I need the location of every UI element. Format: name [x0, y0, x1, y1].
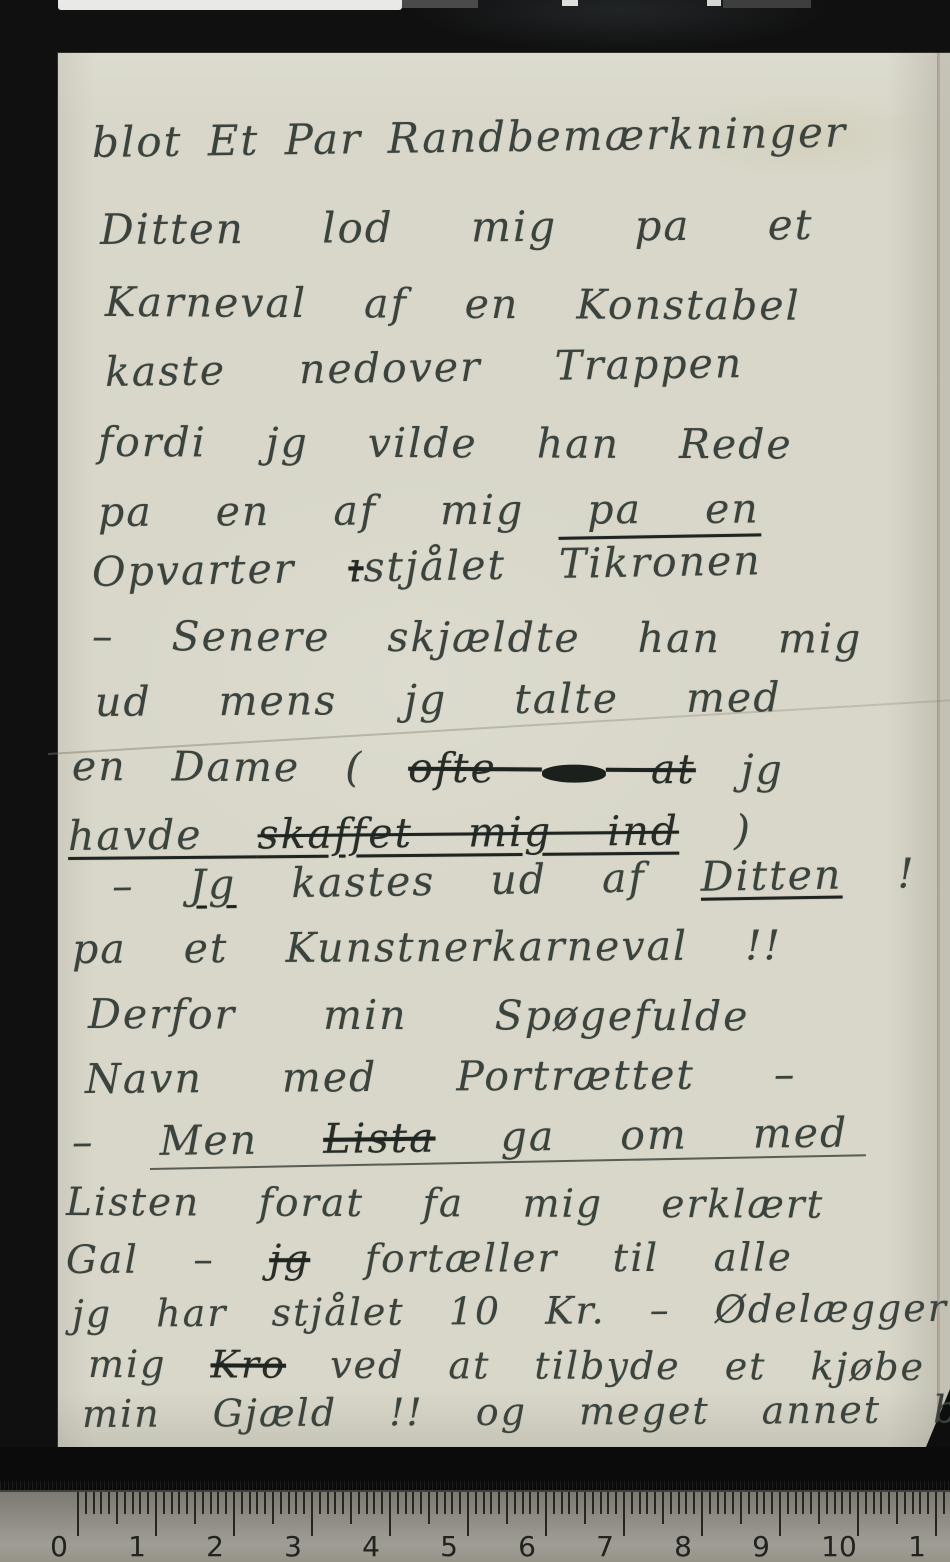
ruler-mm-tick — [584, 1492, 586, 1524]
manuscript-line-4: kaste nedover Trappen — [105, 339, 744, 396]
manuscript-segment: Kro — [211, 1342, 287, 1386]
ruler-number: 9 — [752, 1533, 770, 1561]
ruler-mm-tick — [373, 1492, 375, 1514]
ruler-mm-tick — [670, 1492, 672, 1514]
ruler-mm-tick — [537, 1492, 539, 1514]
manuscript-segment: Ditten lod mig pa et — [100, 200, 814, 254]
manuscript-segment: havde — [68, 810, 258, 860]
manuscript-segment: Tikronen — [559, 536, 762, 588]
ruler-mm-tick — [514, 1492, 516, 1514]
manuscript-segment: Navn med Portrættet – — [85, 1050, 797, 1103]
ruler-mm-tick — [249, 1492, 251, 1514]
ruler-mm-tick — [194, 1492, 196, 1524]
ruler-mm-tick — [561, 1492, 563, 1514]
manuscript-segment: ı — [348, 543, 364, 591]
ruler-mm-tick — [849, 1492, 851, 1514]
manuscript-line-6: pa en af mig pa en — [98, 485, 760, 536]
manuscript-line-8: – Senere skjældte han mig — [92, 612, 862, 663]
manuscript-segment: fortæller til alle — [310, 1235, 793, 1282]
ruler-number: 4 — [362, 1533, 380, 1561]
ruler-mm-tick — [873, 1492, 875, 1514]
ruler-cm-tick — [545, 1492, 547, 1536]
ruler-mm-tick — [436, 1492, 438, 1514]
manuscript-segment: stjålet — [363, 540, 559, 591]
manuscript-segment: min Gjæld !! og meget annet b — [82, 1387, 950, 1436]
manuscript-segment: Karneval af en Konstabel — [105, 278, 801, 330]
manuscript-segment: – Senere skjældte han mig — [92, 612, 862, 663]
ruler-mm-tick — [522, 1492, 524, 1514]
manuscript-segment: jg har stjålet 10 Kr. – Ødelægger — [72, 1286, 948, 1336]
manuscript-segment: Opvarter — [92, 544, 349, 596]
ruler-mm-tick — [927, 1492, 929, 1514]
ruler-mm-tick — [865, 1492, 867, 1514]
ruler-number: 8 — [674, 1533, 692, 1561]
ruler-mm-tick — [444, 1492, 446, 1514]
ruler-cm-tick — [77, 1492, 79, 1536]
manuscript-segment: Gal – — [66, 1237, 269, 1283]
manuscript-segment: pa en af mig pa en — [98, 485, 760, 536]
ruler-mm-tick — [225, 1492, 227, 1514]
ruler-mm-tick — [576, 1492, 578, 1514]
ruler-mm-tick — [693, 1492, 695, 1514]
ruler-mm-tick — [662, 1492, 664, 1524]
ruler-mm-tick — [405, 1492, 407, 1514]
manuscript-line-21: min Gjæld !! og meget annet b — [82, 1387, 950, 1436]
ruler-mm-tick — [147, 1492, 149, 1514]
ruler-mm-tick — [615, 1492, 617, 1514]
ruler-mm-tick — [178, 1492, 180, 1514]
ruler-cm-tick — [935, 1492, 937, 1536]
ruler-mm-tick — [93, 1492, 95, 1514]
photograph: blot Et Par RandbemærkningerDitten lod m… — [0, 0, 950, 1562]
ruler-mm-tick — [451, 1492, 453, 1514]
ruler-mm-tick — [553, 1492, 555, 1514]
ruler-mm-tick — [483, 1492, 485, 1514]
ruler-cm-tick — [311, 1492, 313, 1536]
ruler-mm-tick — [327, 1492, 329, 1514]
ruler-cm-tick — [701, 1492, 703, 1536]
ruler-number: 6 — [518, 1533, 536, 1561]
ruler-mm-tick — [506, 1492, 508, 1524]
ruler-mm-tick — [810, 1492, 812, 1514]
ruler-number: 1 — [128, 1533, 146, 1561]
ruler-mm-tick — [420, 1492, 422, 1514]
manuscript-segment: en Dame ( — [72, 742, 408, 792]
manuscript-line-15: Navn med Portrættet – — [85, 1050, 797, 1103]
manuscript-line-1: blot Et Par Randbemærkninger — [92, 107, 848, 167]
ruler-cm-tick — [779, 1492, 781, 1536]
ruler-mm-tick — [834, 1492, 836, 1514]
ruler-mm-tick — [943, 1492, 945, 1514]
ruler-cm-tick — [155, 1492, 157, 1536]
manuscript-line-3: Karneval af en Konstabel — [105, 278, 801, 330]
ruler-cm-tick — [623, 1492, 625, 1536]
ruler-mm-tick — [334, 1492, 336, 1514]
ruler-mm-tick — [498, 1492, 500, 1514]
ruler-mm-tick — [654, 1492, 656, 1514]
manuscript-line-9: ud mens jg talte med — [95, 673, 782, 726]
ruler-number: 3 — [284, 1533, 302, 1561]
manuscript-line-18: Gal – jg fortæller til alle — [66, 1235, 793, 1283]
ruler-dark-edge — [0, 1447, 950, 1490]
ruler-cm-tick — [233, 1492, 235, 1536]
ruler-mm-tick — [459, 1492, 461, 1514]
manuscript-segment: kaste nedover Trappen — [105, 339, 744, 396]
manuscript-line-2: Ditten lod mig pa et — [100, 200, 814, 254]
ruler-mm-tick — [748, 1492, 750, 1514]
ruler-mm-tick — [818, 1492, 820, 1524]
ruler-mm-tick — [381, 1492, 383, 1514]
manuscript-line-17: Listen forat fa mig erklært — [66, 1180, 824, 1228]
ruler-mm-tick — [763, 1492, 765, 1514]
manuscript-segment: ud mens jg talte med — [95, 673, 782, 726]
manuscript-segment: mig — [88, 1342, 211, 1386]
ruler-mm-tick — [342, 1492, 344, 1514]
ruler-mm-tick — [568, 1492, 570, 1514]
ruler-mm-tick — [264, 1492, 266, 1514]
manuscript-segment: blot Et Par Randbemærkninger — [92, 107, 848, 167]
manuscript-segment: ) — [679, 806, 752, 855]
ruler-mm-tick — [350, 1492, 352, 1524]
ruler-mm-tick — [319, 1492, 321, 1514]
ruler-mm-tick — [826, 1492, 828, 1514]
ruler-mm-tick — [709, 1492, 711, 1514]
manuscript-line-5: fordi jg vilde han Rede — [98, 418, 793, 468]
ruler-mm-tick — [646, 1492, 648, 1514]
ruler-mm-tick — [678, 1492, 680, 1514]
ruler-mm-tick — [802, 1492, 804, 1514]
ruler-mm-tick — [108, 1492, 110, 1514]
ruler-mm-tick — [100, 1492, 102, 1514]
ruler-mm-tick — [171, 1492, 173, 1514]
manuscript-line-13: pa et Kunstnerkarneval !! — [72, 921, 782, 973]
manuscript-segment: – Men — [72, 1115, 324, 1166]
manuscript-segment: fordi jg vilde han Rede — [98, 418, 793, 468]
manuscript-segment: jg — [696, 745, 784, 793]
manuscript-line-19: jg har stjålet 10 Kr. – Ødelægger — [72, 1286, 948, 1336]
ruler-mm-tick — [85, 1492, 87, 1514]
ruler-mm-tick — [724, 1492, 726, 1514]
ruler-mm-tick — [303, 1492, 305, 1514]
ruler-mm-tick — [490, 1492, 492, 1514]
manuscript-line-14: Derfor min Spøgefulde — [88, 990, 750, 1040]
ruler-mm-tick — [256, 1492, 258, 1514]
ruler-mm-tick — [592, 1492, 594, 1514]
manuscript-segment: ved at tilbyde et kjøbe — [286, 1343, 925, 1389]
ruler-number: 1 — [908, 1533, 926, 1561]
ruler-mm-tick — [904, 1492, 906, 1514]
ruler-mm-tick — [896, 1492, 898, 1524]
ruler-mm-tick — [217, 1492, 219, 1514]
ruler-mm-tick — [475, 1492, 477, 1514]
ruler-number: 5 — [440, 1533, 458, 1561]
ruler-mm-tick — [841, 1492, 843, 1514]
ruler-mm-tick — [880, 1492, 882, 1514]
ruler-mm-tick — [771, 1492, 773, 1514]
ink-blot — [542, 764, 606, 780]
ruler-cm-tick — [389, 1492, 391, 1536]
ruler-mm-tick — [685, 1492, 687, 1514]
ruler-mm-tick — [210, 1492, 212, 1514]
ruler-mm-tick — [888, 1492, 890, 1514]
manuscript-segment: kastes ud af — [236, 853, 701, 908]
ruler-cm-tick — [467, 1492, 469, 1536]
ruler-mm-tick — [412, 1492, 414, 1514]
ruler-mm-tick — [600, 1492, 602, 1514]
manuscript-line-11: havde skaffet mig ind ) — [68, 806, 752, 860]
ruler-mm-tick — [163, 1492, 165, 1514]
ruler-mm-tick — [717, 1492, 719, 1514]
ruler-mm-tick — [732, 1492, 734, 1514]
manuscript-segment: skaffet mig ind — [257, 807, 679, 859]
ruler-mm-tick — [639, 1492, 641, 1514]
ruler-mm-tick — [397, 1492, 399, 1514]
ruler-mm-tick — [366, 1492, 368, 1514]
manuscript-segment: ofte — [408, 744, 542, 793]
ruler-mm-tick — [132, 1492, 134, 1514]
centimetre-ruler: 0123456789101 — [0, 1490, 950, 1562]
ruler-mm-tick — [607, 1492, 609, 1514]
manuscript-segment: Listen forat fa mig erklært — [66, 1180, 824, 1228]
manuscript-segment: Derfor min Spøgefulde — [88, 990, 750, 1040]
ruler-mm-tick — [295, 1492, 297, 1514]
ruler-mm-tick — [288, 1492, 290, 1514]
ruler-mm-tick — [358, 1492, 360, 1514]
manuscript-segment: Jg — [189, 860, 236, 909]
manuscript-segment: ! — [842, 849, 916, 898]
manuscript-segment: pa et Kunstnerkarneval !! — [72, 921, 782, 973]
ruler-mm-tick — [186, 1492, 188, 1514]
manuscript-line-10: en Dame ( ofte at jg — [72, 742, 784, 794]
ruler-mm-tick — [139, 1492, 141, 1514]
ruler-number: 0 — [50, 1533, 68, 1561]
ruler-mm-tick — [272, 1492, 274, 1524]
ruler-mm-tick — [919, 1492, 921, 1514]
ruler-mm-tick — [529, 1492, 531, 1514]
ruler-mm-tick — [124, 1492, 126, 1514]
manuscript-segment: Ditten — [700, 851, 842, 901]
ruler-mm-tick — [795, 1492, 797, 1514]
ruler-mm-tick — [631, 1492, 633, 1514]
ruler-mm-tick — [740, 1492, 742, 1524]
manuscript-segment: jg — [269, 1237, 310, 1282]
manuscript-segment: ga om med — [435, 1109, 848, 1162]
ruler-mm-tick — [912, 1492, 914, 1514]
ruler-mm-tick — [280, 1492, 282, 1514]
manuscript-line-20: mig Kro ved at tilbyde et kjøbe — [88, 1342, 925, 1389]
manuscript-segment: – — [112, 861, 190, 910]
manuscript-segment: at — [606, 745, 696, 793]
ruler-mm-tick — [202, 1492, 204, 1514]
ruler-mm-tick — [787, 1492, 789, 1514]
manuscript-segment: Lista — [323, 1114, 436, 1163]
ruler-number: 7 — [596, 1533, 614, 1561]
ruler-cm-tick — [857, 1492, 859, 1536]
handwritten-text-layer: blot Et Par RandbemærkningerDitten lod m… — [0, 0, 950, 1562]
ruler-mm-tick — [756, 1492, 758, 1514]
ruler-mm-tick — [116, 1492, 118, 1524]
ruler-mm-tick — [241, 1492, 243, 1514]
manuscript-line-7: Opvarter ıstjålet Tikronen — [92, 536, 763, 596]
ruler-number: 2 — [206, 1533, 224, 1561]
ruler-mm-tick — [428, 1492, 430, 1524]
ruler-number: 10 — [821, 1533, 857, 1561]
